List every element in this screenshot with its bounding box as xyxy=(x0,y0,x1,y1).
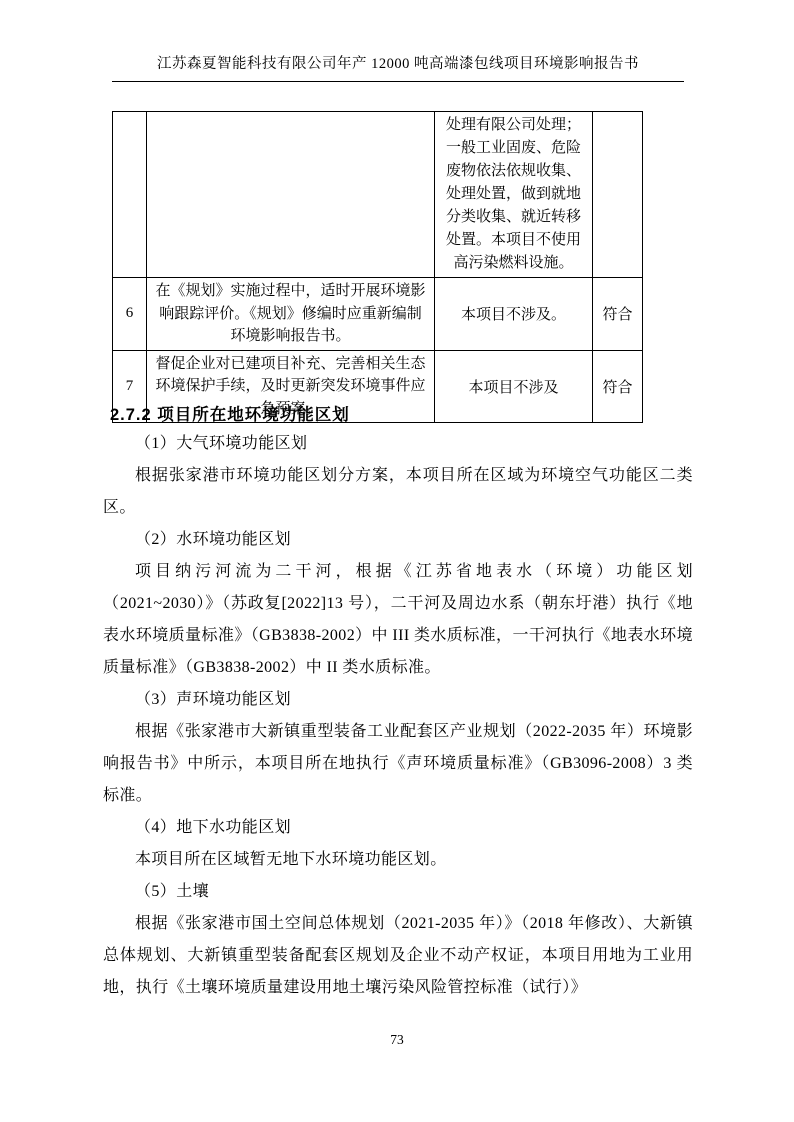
document-page: 江苏森夏智能科技有限公司年产 12000 吨高端漆包线项目环境影响报告书 处理有… xyxy=(0,0,794,1122)
running-header: 江苏森夏智能科技有限公司年产 12000 吨高端漆包线项目环境影响报告书 xyxy=(112,52,684,82)
paragraph-noise: 根据《张家港市大新镇重型装备工业配套区产业规划（2022-2035 年）环境影响… xyxy=(103,716,693,812)
paragraph-groundwater: 本项目所在区域暂无地下水环境功能区划。 xyxy=(103,844,693,876)
subheading-air: （1）大气环境功能区划 xyxy=(103,428,693,460)
subheading-soil: （5）土壤 xyxy=(103,876,693,908)
compliance-table: 处理有限公司处理；一般工业固废、危险废物依法依规收集、处理处置，做到就地分类收集… xyxy=(112,111,643,423)
paragraph-water: 项目纳污河流为二干河，根据《江苏省地表水（环境）功能区划（2021~2030）》… xyxy=(103,556,693,684)
cell-requirement xyxy=(147,112,435,278)
table-row: 6 在《规划》实施过程中，适时开展环境影响跟踪评价。《规划》修编时应重新编制环境… xyxy=(113,278,643,351)
paragraph-soil: 根据《张家港市国土空间总体规划（2021-2035 年）》（2018 年修改）、… xyxy=(103,908,693,1004)
subheading-water: （2）水环境功能区划 xyxy=(103,524,693,556)
cell-requirement: 在《规划》实施过程中，适时开展环境影响跟踪评价。《规划》修编时应重新编制环境影响… xyxy=(147,278,435,351)
cell-analysis: 本项目不涉及。 xyxy=(435,278,593,351)
report-title: 江苏森夏智能科技有限公司年产 12000 吨高端漆包线项目环境影响报告书 xyxy=(157,56,639,72)
paragraph-air: 根据张家港市环境功能区划分方案，本项目所在区域为环境空气功能区二类区。 xyxy=(103,460,693,524)
cell-conclusion: 符合 xyxy=(593,278,643,351)
subheading-groundwater: （4）地下水功能区划 xyxy=(103,812,693,844)
section-2-7-2: 2.7.2 项目所在地环境功能区划 （1）大气环境功能区划 根据张家港市环境功能… xyxy=(103,402,693,1004)
section-heading: 2.7.2 项目所在地环境功能区划 xyxy=(110,402,693,428)
table-row: 处理有限公司处理；一般工业固废、危险废物依法依规收集、处理处置，做到就地分类收集… xyxy=(113,112,643,278)
cell-number xyxy=(113,112,147,278)
page-number: 73 xyxy=(0,1032,794,1048)
subheading-noise: （3）声环境功能区划 xyxy=(103,684,693,716)
cell-conclusion xyxy=(593,112,643,278)
cell-analysis: 处理有限公司处理；一般工业固废、危险废物依法依规收集、处理处置，做到就地分类收集… xyxy=(435,112,593,278)
cell-number: 6 xyxy=(113,278,147,351)
